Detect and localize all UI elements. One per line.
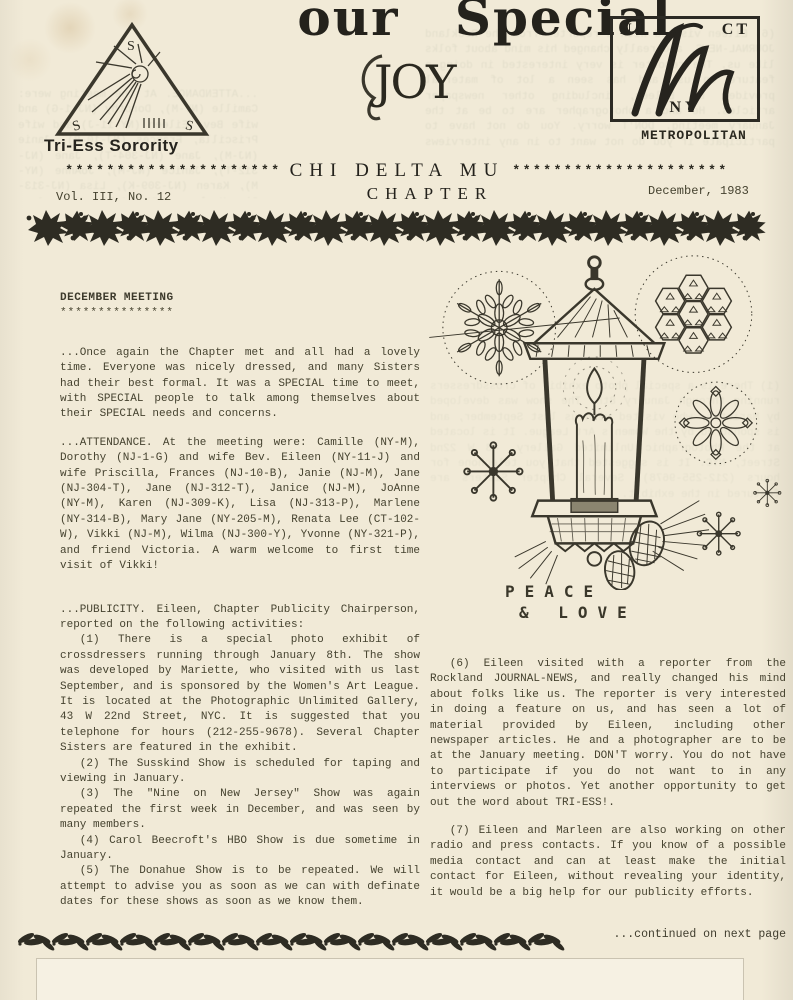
holly-border-icon (26, 206, 766, 246)
snowflake-star-icon (464, 442, 522, 500)
snowflake-star-icon (697, 512, 740, 555)
star-row-right: ********************* (512, 163, 728, 178)
joy-letters: JOY (370, 55, 457, 109)
section-title: DECEMBER MEETING (60, 291, 420, 306)
tri-ess-triangle-logo: S S S (48, 20, 216, 140)
chapter-name: CHI DELTA MU (290, 160, 505, 182)
publicity-item-1: (1) There is a special photo exhibit of … (60, 633, 420, 756)
leaf-border-icon (18, 924, 568, 956)
chapter-masthead-line: ********************* CHI DELTA MU *****… (52, 160, 742, 182)
snowflake-flower-icon (675, 382, 757, 464)
publicity-item-5: (5) The Donahue Show is to be repeated. … (60, 864, 420, 910)
left-column: DECEMBER MEETING *************** ...Once… (60, 291, 420, 911)
caption-line-2: & LOVE (519, 603, 725, 622)
tri-ess-sorority-label: Tri-Ess Sorority (44, 136, 224, 156)
publicity-item-3: (3) The "Nine on New Jersey" Show was ag… (60, 787, 420, 833)
triangle-letter-top-s: S (127, 39, 135, 54)
joy-script-wordmark: JOY (348, 40, 468, 124)
snowflake-honeycomb-icon (635, 256, 752, 373)
publicity-item-6: (6) Eileen visited with a reporter from … (430, 657, 786, 811)
metropolitan-m-monogram-icon (621, 21, 755, 119)
triangle-letter-right-s: S (184, 118, 195, 134)
paragraph-meeting: ...Once again the Chapter met and all ha… (60, 346, 420, 423)
issue-date: December, 1983 (648, 184, 749, 198)
star-row-left: ********************* (65, 163, 281, 178)
peace-and-love-caption: PEACE & LOVE (505, 582, 725, 622)
scan-artifact-box (36, 958, 744, 1000)
paragraph-attendance: ...ATTENDANCE. At the meeting were: Cami… (60, 436, 420, 575)
chapter-word: CHAPTER (300, 184, 560, 204)
newsletter-page: (6) Eileen visited with a reporter from … (0, 0, 793, 1000)
publicity-item-7: (7) Eileen and Marleen are also working … (430, 824, 786, 901)
publicity-item-4: (4) Carol Beecroft's HBO Show is due som… (60, 834, 420, 865)
snowflake-star-icon (754, 479, 781, 506)
volume-number: Vol. III, No. 12 (56, 190, 171, 204)
metropolitan-label: METROPOLITAN (614, 128, 774, 143)
publicity-item-2: (2) The Susskind Show is scheduled for t… (60, 757, 420, 788)
lantern-icon (429, 257, 664, 566)
christmas-lantern-illustration (424, 250, 792, 590)
right-column: (6) Eileen visited with a reporter from … (430, 657, 786, 901)
paragraph-publicity-intro: ...PUBLICITY. Eileen, Chapter Publicity … (60, 603, 420, 634)
snowflake-ornate-icon (443, 271, 556, 384)
triangle-letter-left-s: S (71, 118, 83, 135)
metropolitan-logo-box: NJ CT NY (610, 16, 760, 122)
caption-line-1: PEACE (505, 582, 725, 601)
section-title-underline: *************** (60, 306, 420, 321)
